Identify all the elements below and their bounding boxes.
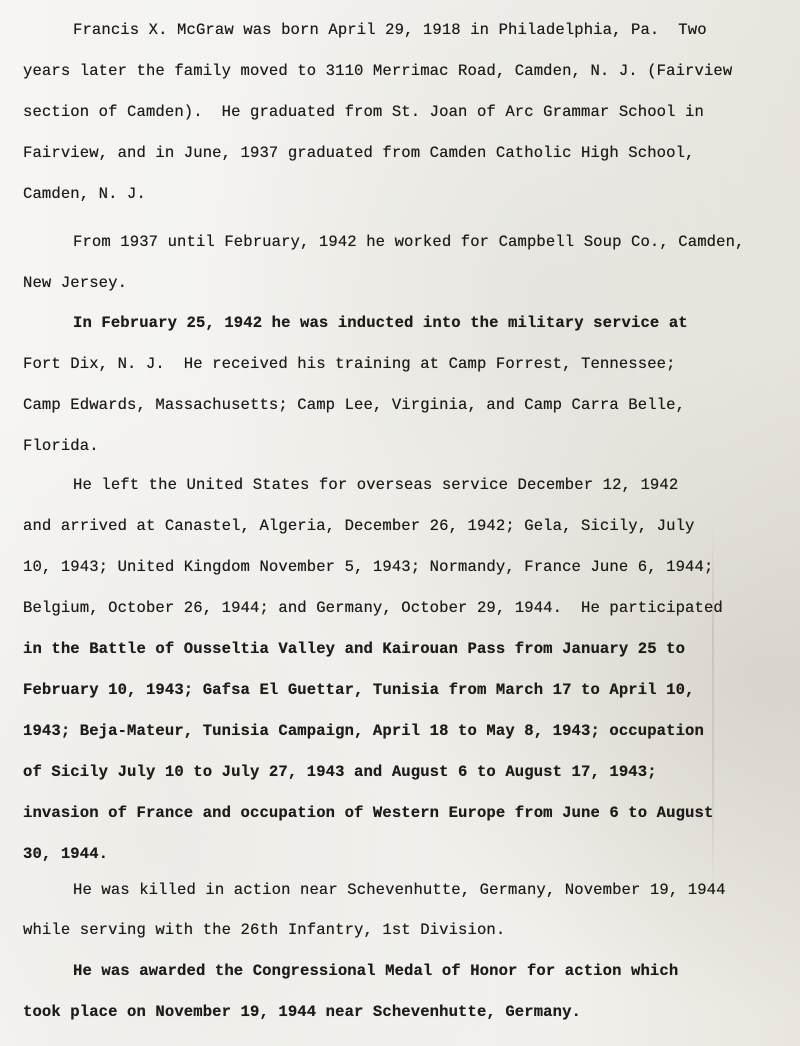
paragraph-2-line-2: New Jersey. bbox=[23, 273, 127, 293]
paragraph-4-line-7: 1943; Beja-Mateur, Tunisia Campaign, Apr… bbox=[23, 721, 704, 741]
paragraph-1-line-3: section of Camden). He graduated from St… bbox=[23, 102, 704, 122]
paragraph-3-line-1: In February 25, 1942 he was inducted int… bbox=[73, 313, 688, 333]
paragraph-4-line-4: Belgium, October 26, 1944; and Germany, … bbox=[23, 598, 723, 618]
paper-fold-crease bbox=[712, 520, 714, 900]
typewritten-page: Francis X. McGraw was born April 29, 191… bbox=[0, 0, 800, 1046]
paragraph-4-line-10: 30, 1944. bbox=[23, 844, 108, 864]
paragraph-4-line-6: February 10, 1943; Gafsa El Guettar, Tun… bbox=[23, 680, 695, 700]
paragraph-5-line-2: while serving with the 26th Infantry, 1s… bbox=[23, 920, 505, 940]
paragraph-1-line-4: Fairview, and in June, 1937 graduated fr… bbox=[23, 143, 695, 163]
paragraph-3-line-3: Camp Edwards, Massachusetts; Camp Lee, V… bbox=[23, 395, 685, 415]
paragraph-6-line-1: He was awarded the Congressional Medal o… bbox=[73, 961, 678, 981]
paragraph-4-line-9: invasion of France and occupation of Wes… bbox=[23, 803, 713, 823]
paragraph-2-line-1: From 1937 until February, 1942 he worked… bbox=[73, 232, 745, 252]
paragraph-4-line-5: in the Battle of Ousseltia Valley and Ka… bbox=[23, 639, 685, 659]
paragraph-5-line-1: He was killed in action near Schevenhutt… bbox=[73, 880, 726, 900]
paragraph-3-line-2: Fort Dix, N. J. He received his training… bbox=[23, 354, 676, 374]
paragraph-4-line-2: and arrived at Canastel, Algeria, Decemb… bbox=[23, 516, 695, 536]
paragraph-4-line-8: of Sicily July 10 to July 27, 1943 and A… bbox=[23, 762, 657, 782]
paragraph-1-line-5: Camden, N. J. bbox=[23, 184, 146, 204]
paragraph-4-line-3: 10, 1943; United Kingdom November 5, 194… bbox=[23, 557, 713, 577]
paragraph-1-line-1: Francis X. McGraw was born April 29, 191… bbox=[73, 20, 707, 40]
paragraph-1-line-2: years later the family moved to 3110 Mer… bbox=[23, 61, 732, 81]
paragraph-4-line-1: He left the United States for overseas s… bbox=[73, 475, 678, 495]
paragraph-3-line-4: Florida. bbox=[23, 436, 99, 456]
paragraph-6-line-2: took place on November 19, 1944 near Sch… bbox=[23, 1002, 581, 1022]
